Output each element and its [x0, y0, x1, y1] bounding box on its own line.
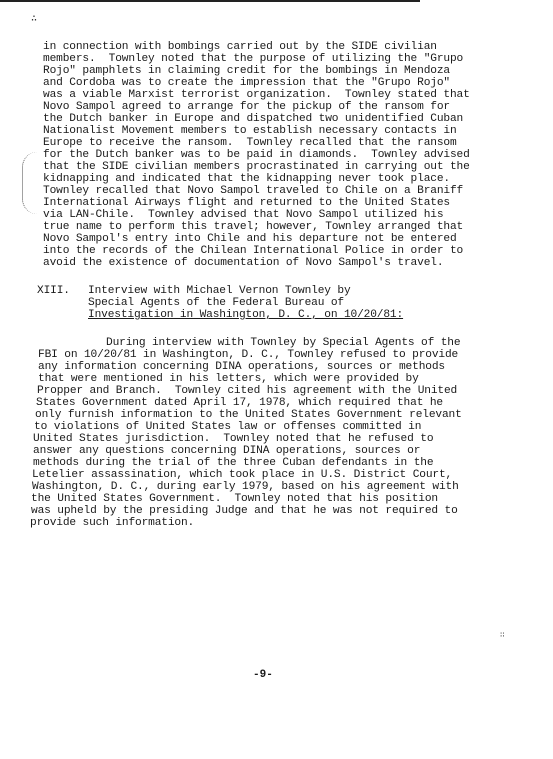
heading-line: Interview with Michael Vernon Townley by — [88, 285, 351, 297]
text-line: via LAN-Chile. Townley advised that Novo… — [43, 209, 443, 221]
text-line: to violations of United States law or of… — [34, 421, 421, 433]
text-line: Novo Sampol's entry into Chile and his d… — [43, 233, 457, 245]
text-line: only furnish information to the United S… — [35, 409, 462, 421]
text-line: for the Dutch banker was to be paid in d… — [43, 149, 470, 161]
text-line: States Government dated April 17, 1978, … — [36, 397, 443, 409]
text-line: Letelier assassination, which took place… — [32, 469, 452, 481]
text-line: methods during the trial of the three Cu… — [33, 457, 433, 469]
text-line: During interview with Townley by Special… — [106, 337, 460, 349]
text-line: true name to perform this travel; howeve… — [43, 221, 463, 233]
text-line: Washington, D. C., during early 1979, ba… — [32, 481, 459, 493]
text-line: kidnapping and indicated that the kidnap… — [43, 173, 450, 185]
text-line: International Airways flight and returne… — [43, 197, 450, 209]
text-line: and Cordoba was to create the impression… — [43, 77, 450, 89]
text-line: avoid the existence of documentation of … — [43, 257, 443, 269]
text-line: Novo Sampol agreed to arrange for the pi… — [43, 101, 450, 113]
text-line: into the records of the Chilean Internat… — [43, 245, 463, 257]
document-page: ∴ in connection with bombings carried ou… — [0, 0, 553, 759]
text-line: FBI on 10/20/81 in Washington, D. C., To… — [38, 349, 458, 361]
scan-top-edge — [0, 0, 420, 2]
text-line: in connection with bombings carried out … — [43, 41, 437, 53]
text-line: answer any questions concerning DINA ope… — [33, 445, 420, 457]
text-line: that the SIDE civilian members procrasti… — [43, 161, 470, 173]
section-number: XIII. — [37, 285, 70, 297]
text-line: was a viable Marxist terrorist organizat… — [43, 89, 470, 101]
heading-line: Special Agents of the Federal Bureau of — [88, 297, 344, 309]
heading-line: Investigation in Washington, D. C., on 1… — [88, 309, 403, 321]
text-line: any information concerning DINA operatio… — [38, 361, 445, 373]
text-line: the United States Government. Townley no… — [31, 493, 438, 505]
text-line: Townley recalled that Novo Sampol travel… — [43, 185, 463, 197]
text-line: was upheld by the presiding Judge and th… — [31, 505, 458, 517]
text-line: members. Townley noted that the purpose … — [43, 53, 463, 65]
text-line: that were mentioned in his letters, whic… — [38, 373, 419, 385]
stamp-mark: ∷ — [500, 630, 505, 640]
text-line: Nationalist Movement members to establis… — [43, 125, 457, 137]
text-line: the Dutch banker in Europe and dispatche… — [43, 113, 463, 125]
text-line: Propper and Branch. Townley cited his ag… — [37, 385, 457, 397]
text-line: provide such information. — [30, 517, 194, 529]
text-line: Europe to receive the ransom. Townley re… — [43, 137, 457, 149]
corner-mark: ∴ — [31, 13, 37, 25]
text-line: United States jurisdiction. Townley note… — [33, 433, 433, 445]
margin-bracket — [22, 152, 37, 214]
text-line: Rojo" pamphlets in claiming credit for t… — [43, 65, 450, 77]
page-number: -9- — [253, 669, 273, 681]
